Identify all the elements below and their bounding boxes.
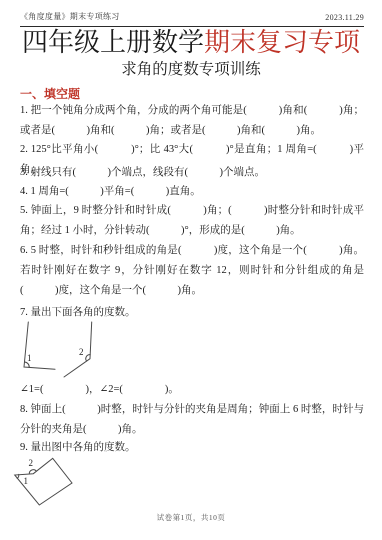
question-7-answer-line: ∠1=( )，∠2=( )。: [20, 380, 364, 400]
angle-2-label: 2: [79, 347, 84, 357]
page-header: 《角度度量》期末专项练习 2023.11.29: [20, 11, 364, 27]
question-8: 8. 钟面上( )时整，时针与分针的夹角是周角；钟面上 6 时整，时针与分针的夹…: [20, 400, 364, 440]
page-footer: 试卷第1页，共10页: [0, 512, 382, 523]
section-heading-fill-blanks: 一、填空题: [20, 85, 80, 102]
question-6: 6. 5 时整，时针和秒针组成的角是( )度，这个角是一个( )角。若时针刚好在…: [20, 241, 364, 301]
title-black-part: 四年级上册数学: [22, 28, 204, 57]
question-3: 3. 射线只有( )个端点，线段有( )个端点。: [20, 163, 364, 183]
page-subtitle: 求角的度数专项训练: [0, 60, 382, 80]
header-course-label: 《角度度量》期末专项练习: [20, 11, 120, 22]
polygon-angle-2-label: 2: [29, 458, 34, 468]
question-4: 4. 1 周角=( )平角=( )直角。: [20, 182, 364, 202]
polygon-figure-drawing: 2 1: [10, 451, 88, 511]
header-date: 2023.11.29: [325, 13, 364, 22]
question-7-angle-figures: 1 2: [10, 317, 140, 381]
question-1: 1. 把一个钝角分成两个角，分成的两个角可能是( )角和( )角；或者是( )角…: [20, 101, 364, 141]
polygon-angle-1-label: 1: [24, 476, 29, 486]
page-title: 四年级上册数学期末复习专项: [0, 27, 382, 59]
angle-figures-drawing: 1 2: [10, 317, 140, 381]
angle-1-label: 1: [27, 353, 32, 363]
question-5: 5. 钟面上，9 时整分针和时针成( )角；( )时整分针和时针成平角；经过 1…: [20, 201, 364, 241]
title-red-part: 期末复习专项: [204, 28, 360, 57]
worksheet-page: 《角度度量》期末专项练习 2023.11.29 四年级上册数学期末复习专项 求角…: [0, 0, 382, 540]
question-9-polygon-figure: 2 1: [10, 451, 88, 511]
